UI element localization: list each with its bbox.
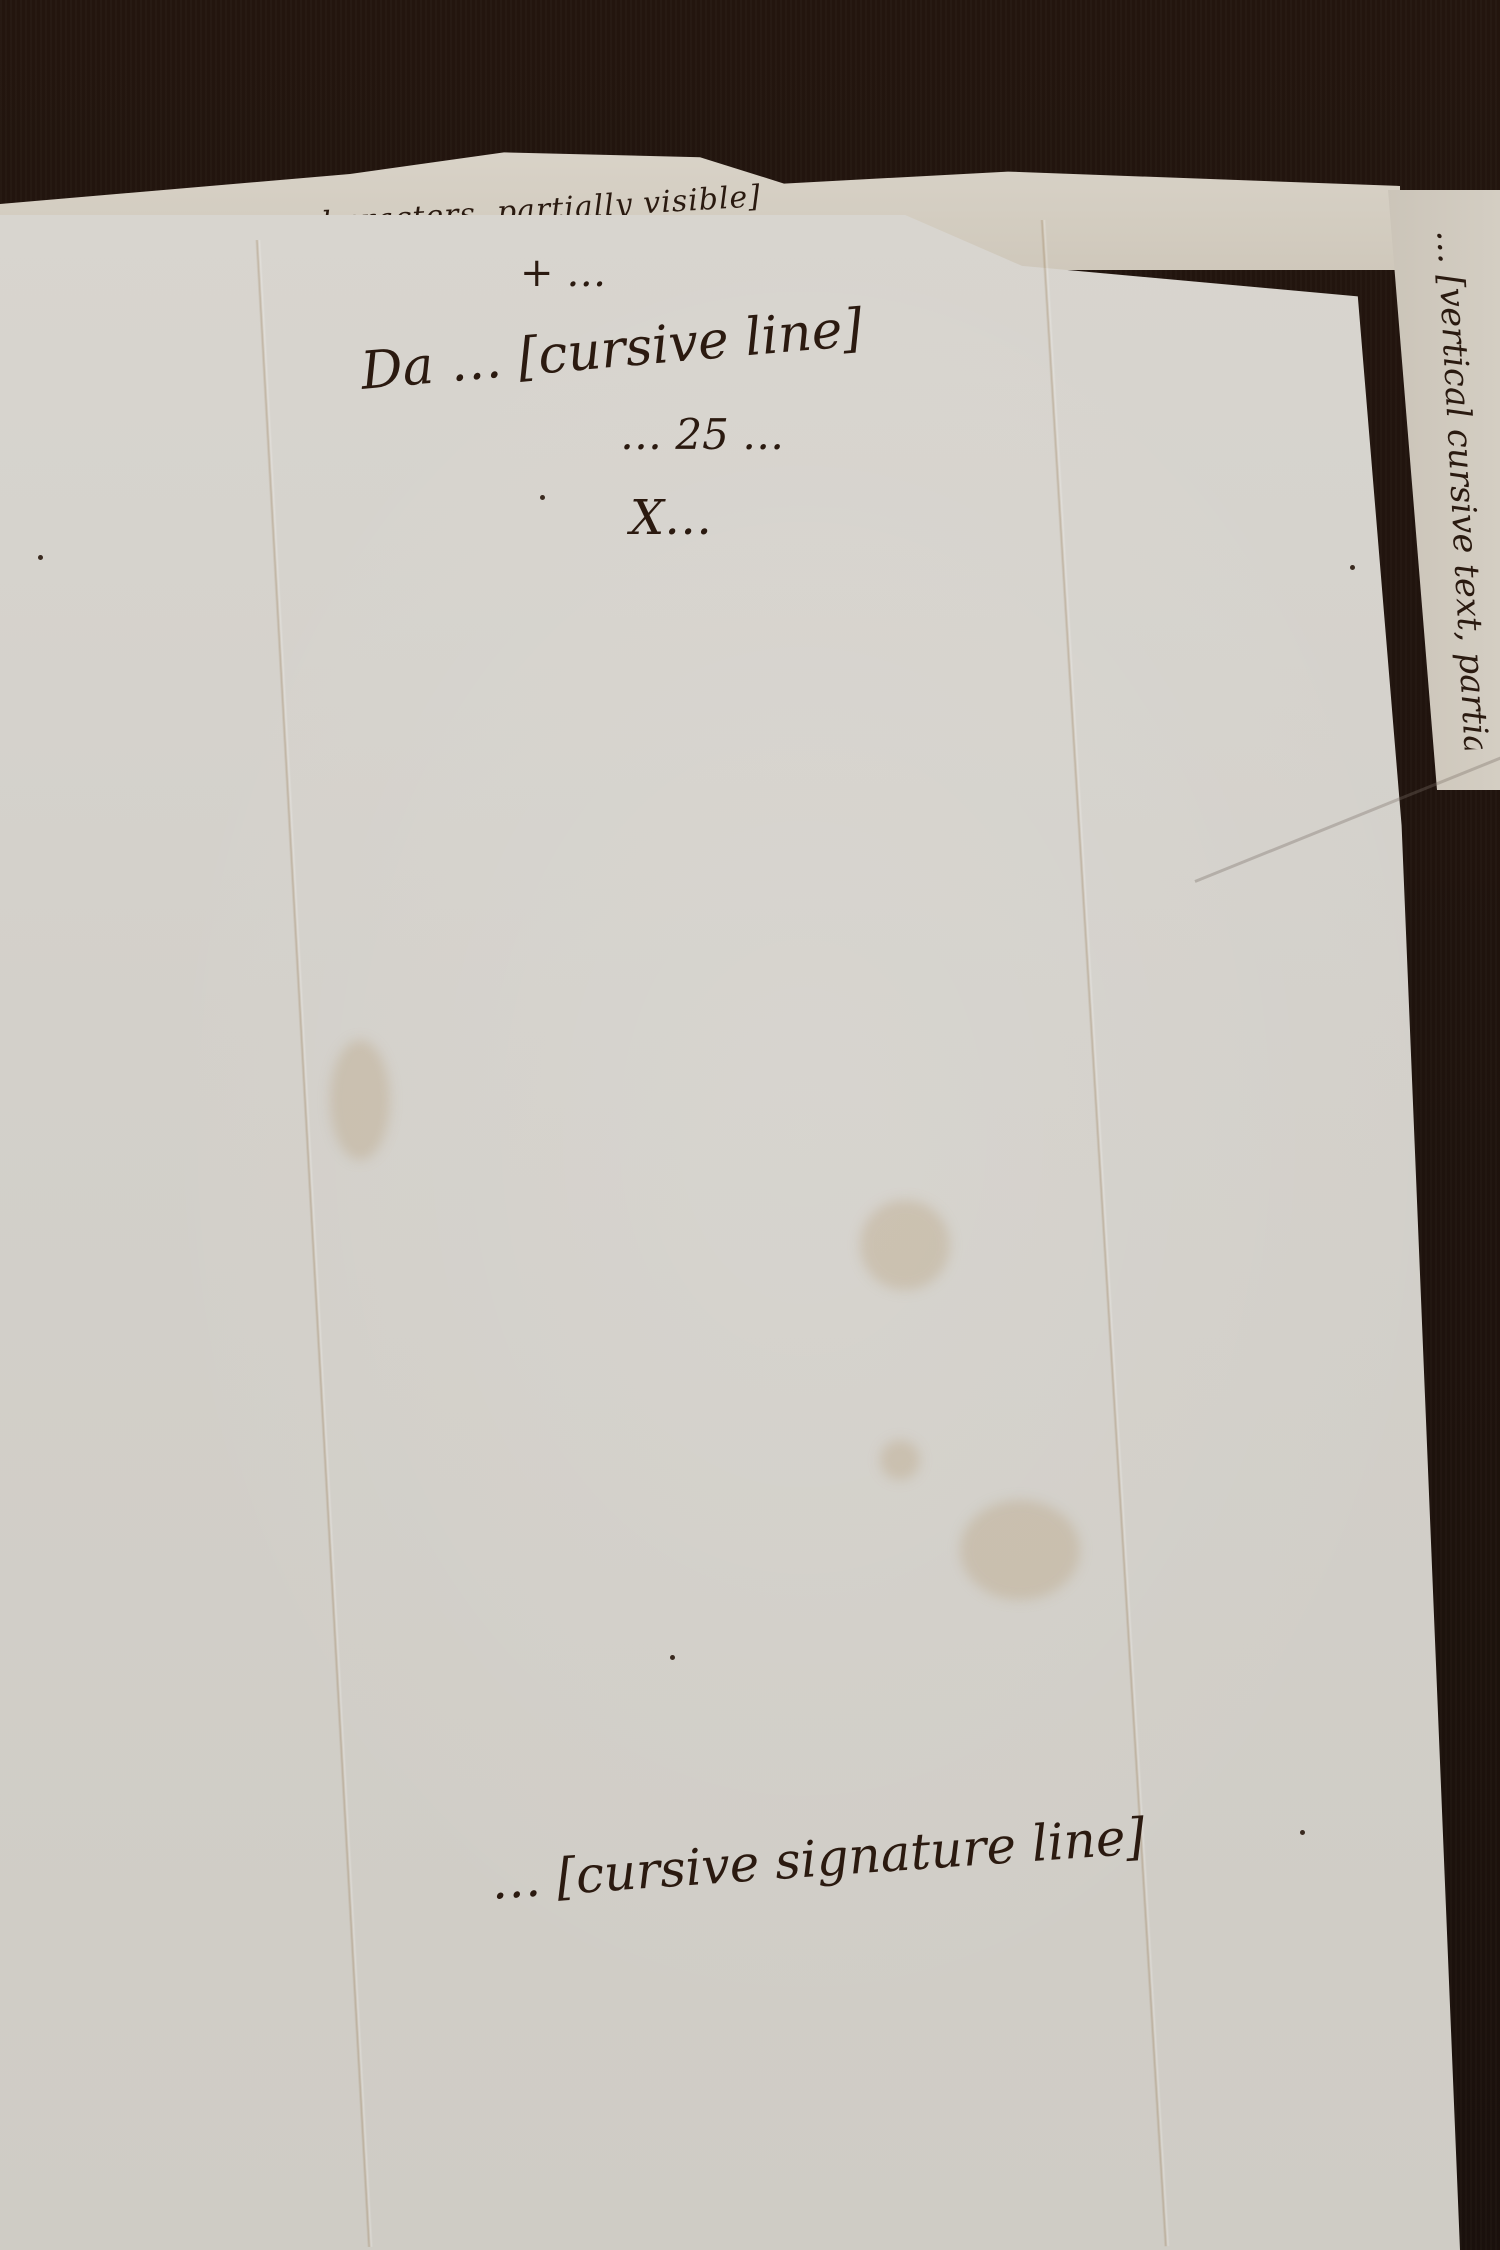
- foxing-stain: [960, 1500, 1080, 1600]
- ink-speck: [540, 495, 545, 500]
- foxing-stain: [880, 1440, 920, 1480]
- inscription-header-line-4: X…: [630, 490, 712, 546]
- ink-speck: [1350, 565, 1355, 570]
- ink-speck: [38, 555, 43, 560]
- ink-speck: [670, 1655, 675, 1660]
- foxing-stain: [330, 1040, 390, 1160]
- inscription-header-line-1: + …: [520, 250, 606, 296]
- manuscript-sheet: [0, 215, 1460, 2250]
- ink-speck: [1300, 1830, 1305, 1835]
- foxing-stain: [860, 1200, 950, 1290]
- inscription-header-line-3: … 25 …: [620, 410, 784, 459]
